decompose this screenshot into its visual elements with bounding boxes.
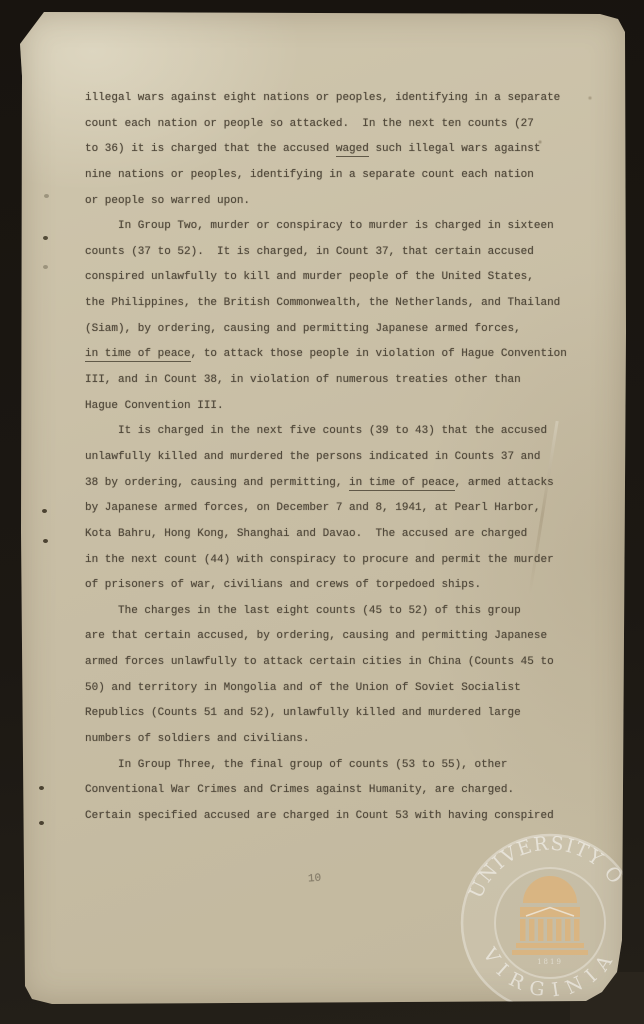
ink-dot-mark [43, 265, 48, 269]
document-page: illegal wars against eight nations or pe… [20, 12, 626, 1004]
ink-dot-mark [43, 539, 48, 543]
scan-background: illegal wars against eight nations or pe… [0, 0, 644, 1024]
margin-marks [20, 12, 626, 1004]
ink-dot-mark [42, 509, 47, 513]
ink-dot-mark [43, 236, 48, 240]
ink-dot-mark [39, 821, 44, 825]
ink-dot-mark [39, 786, 44, 790]
ink-dot-mark [44, 194, 49, 198]
